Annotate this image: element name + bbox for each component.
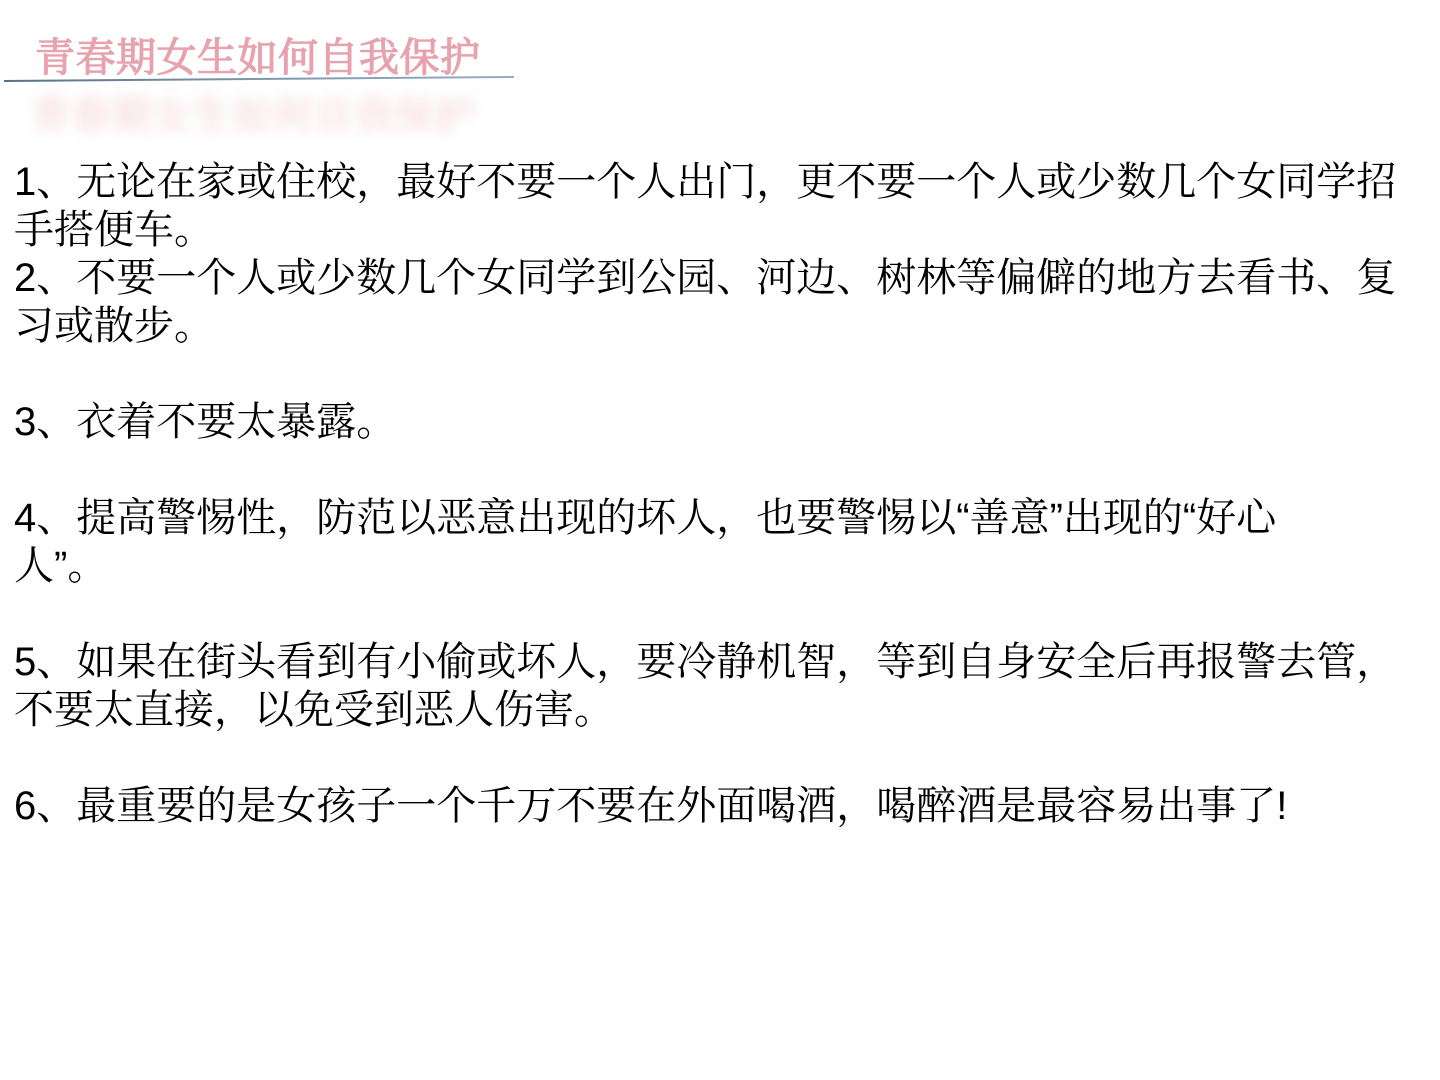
page-title: 青春期女生如何自我保护	[35, 26, 481, 83]
title-ghost-reflection: 青春期女生如何自我保护	[30, 84, 476, 141]
list-item-6: 6、最重要的是女孩子一个千万不要在外面喝酒，喝醉酒是最容易出事了!	[14, 782, 1440, 830]
slide: 青春期女生如何自我保护 青春期女生如何自我保护 1、无论在家或住校，最好不要一个…	[0, 0, 1440, 1080]
list-item-1: 1、无论在家或住校，最好不要一个人出门，更不要一个人或少数几个女同学招 手搭便车…	[14, 158, 1440, 254]
list-item-2: 2、不要一个人或少数几个女同学到公园、河边、树林等偏僻的地方去看书、复 习或散步…	[14, 254, 1440, 350]
list-item-4: 4、提高警惕性，防范以恶意出现的坏人，也要警惕以“善意”出现的“好心 人”。	[14, 494, 1440, 590]
list-item-5: 5、如果在街头看到有小偷或坏人，要冷静机智，等到自身安全后再报警去管， 不要太直…	[14, 638, 1440, 734]
list-item-3: 3、衣着不要太暴露。	[14, 398, 1440, 446]
slide-body: 1、无论在家或住校，最好不要一个人出门，更不要一个人或少数几个女同学招 手搭便车…	[0, 158, 1440, 830]
